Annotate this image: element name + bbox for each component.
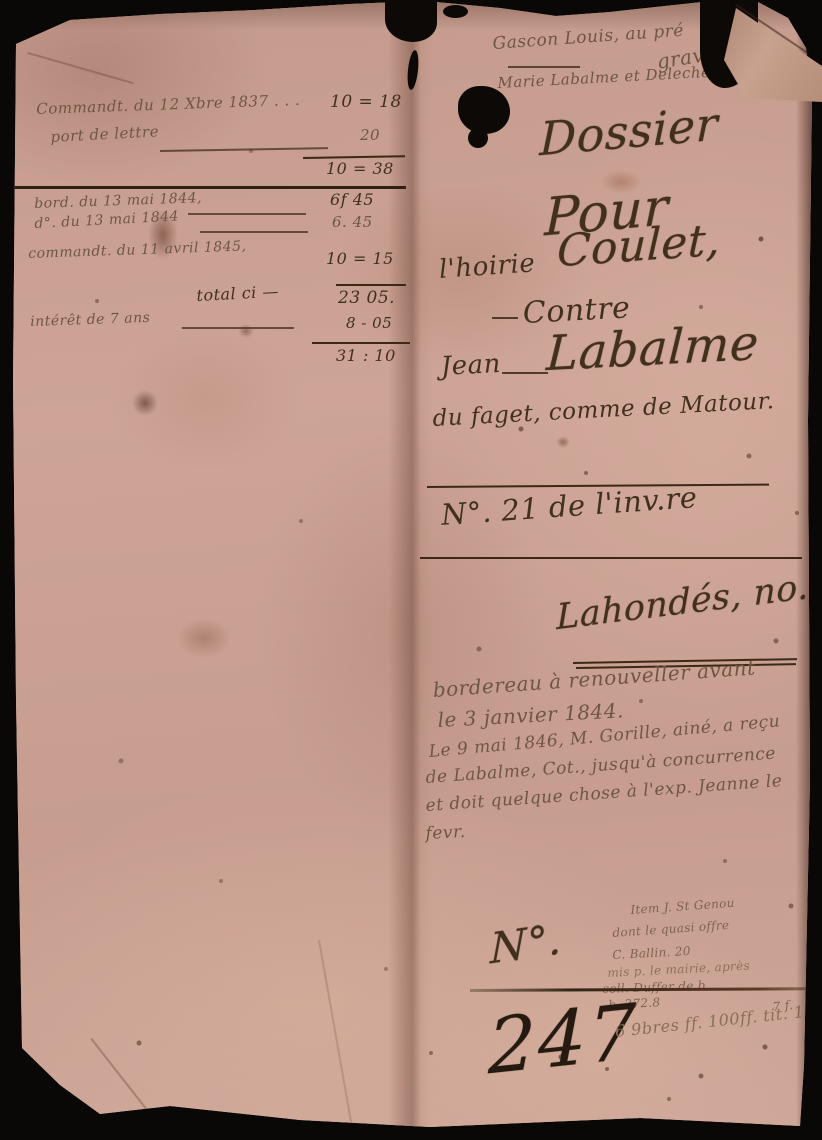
crease-line — [90, 1038, 172, 1140]
photograph-background: Commandt. du 12 Xbre 1837 . . . 10 = 18 … — [0, 0, 822, 1140]
dash-line — [160, 147, 328, 151]
crease-line — [318, 940, 355, 1137]
memo-line: dont le quasi offre — [612, 918, 730, 940]
dash-line — [182, 327, 294, 329]
account-total-amount: 23 05. — [338, 288, 395, 308]
document-paper: Commandt. du 12 Xbre 1837 . . . 10 = 18 … — [0, 0, 822, 1140]
dash-line — [502, 372, 548, 374]
memo-line: Item J. St Genou — [630, 896, 735, 917]
account-grand-total: 31 : 10 — [336, 346, 396, 365]
ink-rule — [420, 557, 802, 559]
title-hoirie: l'hoirie — [438, 248, 536, 285]
title-dossier: Dossier — [539, 96, 718, 166]
ink-rule — [336, 284, 406, 286]
account-line-5-amount: 10 = 15 — [326, 249, 394, 268]
numero-label: N°. — [490, 914, 562, 974]
crease-line — [27, 52, 133, 84]
account-line-1-label: Commandt. du 12 Xbre 1837 . . . — [36, 91, 300, 118]
account-line-1-amount: 10 = 18 — [330, 92, 402, 112]
title-coulet: Coulet, — [556, 215, 721, 278]
title-location: du faget, comme de Matour. — [432, 388, 775, 432]
memo-line: mis p. le mairie, après — [607, 959, 750, 980]
dash-line — [508, 66, 580, 68]
ink-rule — [14, 186, 406, 189]
inventory-reference: N°. 21 de l'inv.re — [440, 480, 699, 532]
foxing-speckles — [0, 0, 2, 2]
right-edge-shadow — [796, 0, 822, 1140]
tear-hole — [468, 128, 488, 148]
dash-line — [492, 317, 518, 319]
title-jean: Jean — [440, 349, 502, 382]
dash-line — [188, 213, 306, 215]
account-line-2-amount: 20 — [360, 126, 380, 144]
account-line-2-label: port de lettre — [50, 122, 159, 146]
ink-rule — [312, 342, 410, 344]
tear-hole — [458, 86, 510, 134]
tear-hole — [385, 0, 437, 42]
stain — [176, 618, 232, 658]
account-line-4-amount: 6. 45 — [332, 213, 373, 231]
ink-stroke — [0, 0, 198, 9]
stain — [132, 390, 158, 416]
memo-line: C. Ballin. 20 — [612, 944, 691, 962]
title-labalme: Labalme — [545, 315, 760, 382]
note-1846-line-4: fevr. — [425, 822, 466, 844]
account-line-6-amount: 8 - 05 — [346, 314, 392, 332]
account-line-5-label: commandt. du 11 avril 1845, — [28, 238, 247, 262]
dash-line — [200, 231, 308, 233]
account-line-3-amount: 6f 45 — [330, 190, 374, 209]
notary-name: Lahondés, no.re — [556, 562, 822, 638]
account-subtotal: 10 = 38 — [326, 159, 394, 178]
tear-hole — [443, 5, 468, 18]
stain — [556, 436, 570, 448]
account-line-6-label: intérêt de 7 ans — [30, 310, 151, 330]
center-fold — [388, 0, 432, 1140]
account-total-label: total ci — — [196, 282, 279, 305]
